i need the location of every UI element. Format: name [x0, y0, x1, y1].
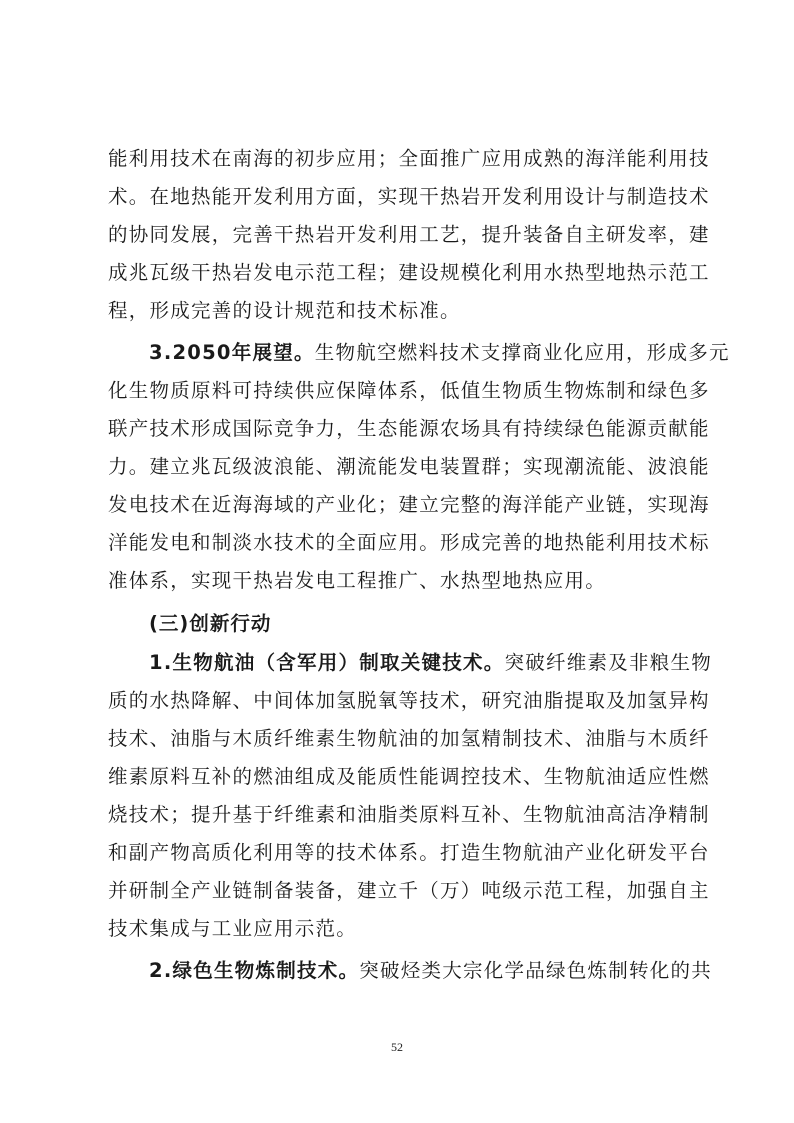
text-line: 并研制全产业链制备装备，建立千（万）吨级示范工程，加强自主 — [108, 872, 690, 910]
text-line: 技术、油脂与木质纤维素生物航油的加氢精制技术、油脂与木质纤 — [108, 720, 690, 758]
paragraph-lead-bold: 3.2050年展望。 — [149, 341, 315, 364]
page-number: 52 — [0, 1040, 794, 1055]
text-line: 力。建立兆瓦级波浪能、潮流能发电装置群；实现潮流能、波浪能 — [108, 448, 690, 486]
text-line: 的协同发展，完善干热岩开发利用工艺，提升装备自主研发率，建 — [108, 216, 690, 254]
text-line: 洋能发电和制淡水技术的全面应用。形成完善的地热能利用技术标 — [108, 524, 690, 562]
text-line: 技术集成与工业应用示范。 — [108, 910, 690, 948]
text-line: 维素原料互补的燃油组成及能质性能调控技术、生物航油适应性燃 — [108, 758, 690, 796]
paragraph-bio-jet-fuel: 1.生物航油（含军用）制取关键技术。突破纤维素及非粮生物 质的水热降解、中间体加… — [108, 644, 690, 948]
paragraph-green-biorefining: 2.绿色生物炼制技术。突破烃类大宗化学品绿色炼制转化的共 — [108, 952, 690, 990]
paragraph-lead-bold: 1.生物航油（含军用）制取关键技术。 — [149, 651, 504, 674]
text-line: 质的水热降解、中间体加氢脱氧等技术，研究油脂提取及加氢异构 — [108, 682, 690, 720]
text-line-first: 1.生物航油（含军用）制取关键技术。突破纤维素及非粮生物 — [108, 644, 690, 682]
text-line: 准体系，实现干热岩发电工程推广、水热型地热应用。 — [108, 562, 690, 600]
paragraph-lead-rest: 生物航空燃料技术支撑商业化应用，形成多元 — [315, 341, 730, 364]
text-line: 能利用技术在南海的初步应用；全面推广应用成熟的海洋能利用技 — [108, 140, 690, 178]
text-line-first: 3.2050年展望。生物航空燃料技术支撑商业化应用，形成多元 — [108, 334, 690, 372]
paragraph-lead-rest: 突破纤维素及非粮生物 — [504, 651, 712, 674]
paragraph-lead-rest: 突破烃类大宗化学品绿色炼制转化的共 — [359, 959, 712, 982]
text-line: 成兆瓦级干热岩发电示范工程；建设规模化利用水热型地热示范工 — [108, 254, 690, 292]
text-line: 和副产物高质化利用等的技术体系。打造生物航油产业化研发平台 — [108, 834, 690, 872]
text-line: 程，形成完善的设计规范和技术标准。 — [108, 292, 690, 330]
text-line: 化生物质原料可持续供应保障体系，低值生物质生物炼制和绿色多 — [108, 372, 690, 410]
text-line: 发电技术在近海海域的产业化；建立完整的海洋能产业链，实现海 — [108, 486, 690, 524]
text-line-first: 2.绿色生物炼制技术。突破烃类大宗化学品绿色炼制转化的共 — [108, 952, 690, 990]
paragraph-lead-bold: 2.绿色生物炼制技术。 — [149, 959, 359, 982]
paragraph-2050-outlook: 3.2050年展望。生物航空燃料技术支撑商业化应用，形成多元 化生物质原料可持续… — [108, 334, 690, 600]
text-line: 术。在地热能开发利用方面，实现干热岩开发利用设计与制造技术 — [108, 178, 690, 216]
paragraph-continued: 能利用技术在南海的初步应用；全面推广应用成熟的海洋能利用技 术。在地热能开发利用… — [108, 140, 690, 330]
text-line: 联产技术形成国际竞争力，生态能源农场具有持续绿色能源贡献能 — [108, 410, 690, 448]
document-page-body: 能利用技术在南海的初步应用；全面推广应用成熟的海洋能利用技 术。在地热能开发利用… — [108, 140, 690, 990]
text-line: 烧技术；提升基于纤维素和油脂类原料互补、生物航油高洁净精制 — [108, 796, 690, 834]
section-heading: (三)创新行动 — [108, 600, 690, 644]
